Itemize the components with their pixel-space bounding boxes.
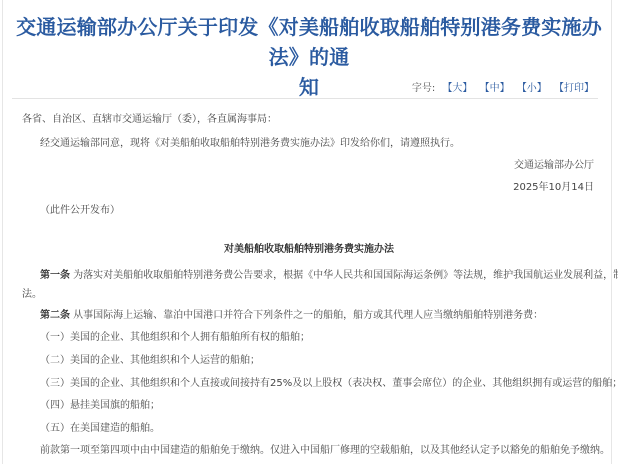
notice-body: 经交通运输部同意，现将《对美船舶收取船舶特别港务费实施办法》印发给你们，请遵照执…	[40, 137, 460, 151]
article-1-text: 为落实对美船舶收取船舶特别港务费公告要求，根据《中华人民共和国国际海运条例》等法…	[70, 270, 618, 281]
article-2-text: 从事国际海上运输、靠泊中国港口并符合下列条件之一的船舶，船方或其代理人应当缴纳船…	[70, 310, 543, 321]
notice-salutation: 各省、自治区、直辖市交通运输厅（委），各直属海事局：	[22, 113, 277, 127]
list-item: （四）悬挂美国旗的船舶；	[40, 399, 160, 413]
list-item: （二）美国的企业、其他组织和个人运营的船舶；	[40, 354, 260, 368]
notice-date: 2025年10月14日	[513, 181, 594, 195]
article-2-label: 第二条	[40, 310, 70, 321]
article-1: 第一条 为落实对美船舶收取船舶特别港务费公告要求，根据《中华人民共和国国际海运条…	[40, 269, 618, 283]
font-size-toolbar: 字号: 【大】 【中】 【小】 【打印】	[412, 82, 594, 96]
font-size-medium-button[interactable]: 【中】	[480, 83, 510, 94]
list-item: （三）美国的企业、其他组织和个人直接或间接持有25%及以上股权（表决权、董事会席…	[40, 377, 618, 391]
font-size-large-button[interactable]: 【大】	[442, 83, 472, 94]
article-1-continuation: 法。	[22, 288, 42, 302]
print-button[interactable]: 【打印】	[554, 83, 594, 94]
header-divider	[12, 98, 598, 99]
article-2: 第二条 从事国际海上运输、靠泊中国港口并符合下列条件之一的船舶，船方或其代理人应…	[40, 309, 543, 323]
font-size-label: 字号:	[412, 83, 435, 94]
publication-note: （此件公开发布）	[40, 204, 120, 218]
list-item: （一）美国的企业、其他组织和个人拥有船舶所有权的船舶；	[40, 331, 310, 345]
article-1-label: 第一条	[40, 270, 70, 281]
regulation-title: 对美船舶收取船舶特别港务费实施办法	[0, 243, 618, 257]
page-title-line-1: 交通运输部办公厅关于印发《对美船舶收取船舶特别港务费实施办法》的通	[8, 12, 610, 72]
exemption-paragraph: 前款第一项至第四项中由中国建造的船舶免于缴纳。仅进入中国船厂修理的空载船舶，以及…	[40, 444, 610, 458]
notice-issuer: 交通运输部办公厅	[514, 159, 594, 173]
list-item: （五）在美国建造的船舶。	[40, 422, 160, 436]
font-size-small-button[interactable]: 【小】	[517, 83, 547, 94]
